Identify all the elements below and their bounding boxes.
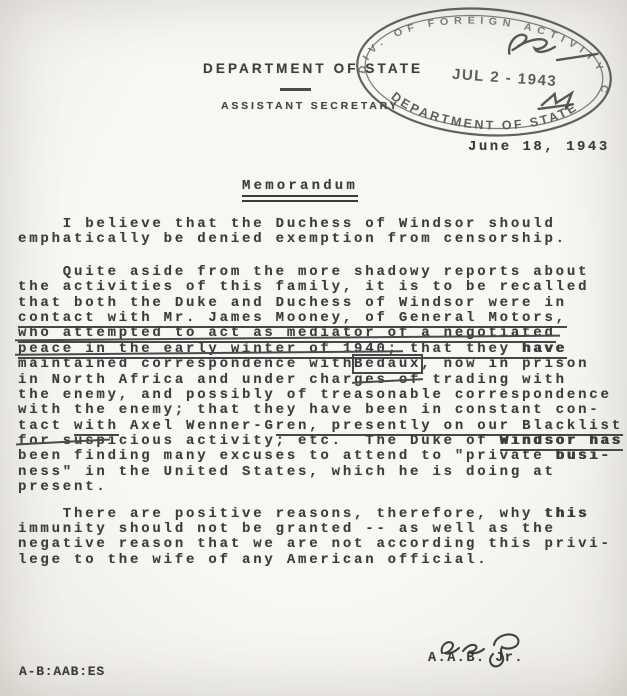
memo-document-page: DEPARTMENT OF STATE ASSISTANT SECRETARY … [0,0,627,696]
text-segment: icious activity; etc. The Duke of [108,433,500,449]
text-segment: tact [18,418,74,434]
stamp-bottom-text: DEPARTMENT OF STATE [387,87,582,139]
text-segment: busi- [556,448,612,464]
text-segment: , now in prison [421,356,589,372]
text-segment: Quite aside from the more shadowy report… [18,264,589,280]
text-line: who attempted to act as mediator of a ne… [18,326,623,341]
text-segment: ness" in the United States, which he is … [18,464,556,480]
text-line: been finding many excuses to attend to "… [18,449,623,464]
text-line: that both the Duke and Duchess of Windso… [18,296,623,311]
memo-body: I believe that the Duchess of Windsor sh… [18,217,623,568]
text-segment: emphatically be denied exemption from ce… [18,231,567,247]
memo-title-text: Memorandum [242,178,358,197]
text-line: Quite aside from the more shadowy report… [18,265,623,280]
text-segment: peace in the early winter of 1940; [18,341,399,359]
reference-initials: A-B:AAB:ES [19,664,105,679]
text-line: the activities of this family, it is to … [18,280,623,295]
text-line: in North Africa and under charges of tra… [18,373,623,388]
paragraph: I believe that the Duchess of Windsor sh… [18,217,623,248]
text-line: peace in the early winter of 1940; that … [18,342,623,357]
paragraph: Quite aside from the more shadowy report… [18,265,623,496]
text-segment: There are positive reasons, therefore, w… [18,506,544,522]
text-line: lege to the wife of any American officia… [18,553,623,568]
text-line: present. [18,480,623,495]
text-line: negative reason that we are not accordin… [18,537,623,552]
text-line: ness" in the United States, which he is … [18,465,623,480]
letterhead-divider-rule [280,88,311,91]
text-segment: in North Africa and under char [18,372,354,388]
text-line: with the enemy; that they have been in c… [18,403,623,418]
text-segment: been finding many excuses to attend to "… [18,448,556,464]
handwritten-initials-icon [432,628,544,672]
text-segment: lege to the wife of any American officia… [18,552,488,568]
text-segment: for susp [18,433,108,449]
text-segment: that both the Duke and Duchess of Windso… [18,295,567,311]
text-line: the enemy, and possibly of treasonable c… [18,388,623,403]
text-segment: Axel Wenner-G [119,418,276,434]
text-segment: with the enemy; that they have been in c… [18,402,600,418]
svg-text:DEPARTMENT OF STATE: DEPARTMENT OF STATE [387,87,582,139]
text-segment: negative reason that we are not accordin… [18,536,612,552]
text-segment: I believe that the Duchess of Windsor sh… [18,216,556,232]
received-stamp: DIV. OF FOREIGN ACTIVITY CORRELATION JUL… [348,0,624,146]
text-segment: the enemy, and possibly of treasonable c… [18,387,612,403]
text-line: tact with Axel Wenner-Gren, presently on… [18,419,623,434]
memo-title: Memorandum [242,178,358,202]
text-line: emphatically be denied exemption from ce… [18,232,623,247]
text-segment: present. [18,479,108,495]
text-segment: immunity should not be granted -- as wel… [18,521,556,537]
text-line: There are positive reasons, therefore, w… [18,507,623,522]
paragraph: There are positive reasons, therefore, w… [18,507,623,569]
stamp-date: JUL 2 - 1943 [452,66,558,90]
text-segment: ges of [354,372,421,388]
text-segment: trading with [421,372,567,388]
text-segment: the activities of this family, it is to … [18,279,589,295]
text-segment: this [544,506,589,522]
text-line: maintained correspondence withBedaux, no… [18,357,623,372]
